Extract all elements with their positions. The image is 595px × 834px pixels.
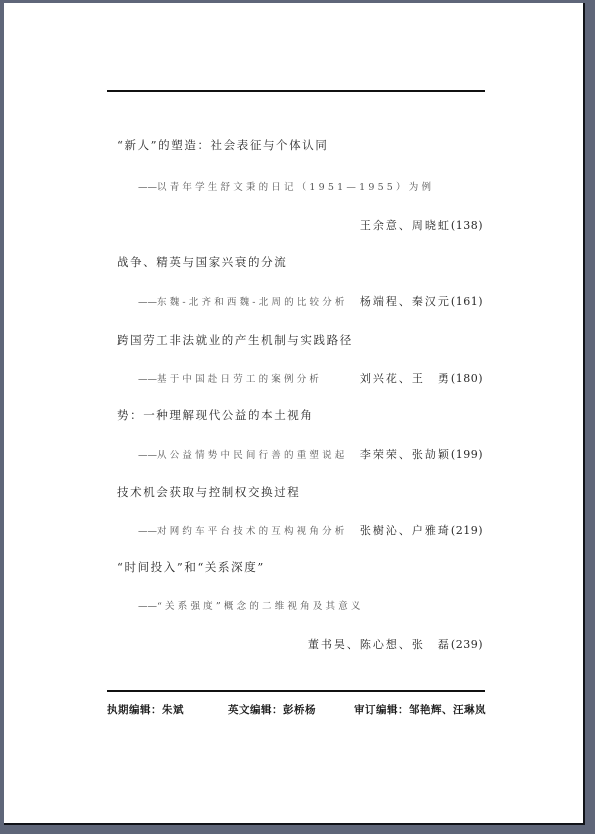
document-page: “新人”的塑造：社会表征与个体认同 ——以青年学生舒文秉的日记（1951—195… <box>4 3 585 825</box>
toc-entry-subtitle: ——基于中国赴日劳工的案例分析 <box>138 371 322 385</box>
top-rule <box>107 90 485 92</box>
toc-entry-subtitle: ——“关系强度”概念的二维视角及其意义 <box>138 598 364 612</box>
toc-entry-title: “新人”的塑造：社会表征与个体认同 <box>117 137 328 153</box>
executive-editor-credit: 执期编辑：朱斌 <box>107 702 184 717</box>
toc-entry-subtitle: ——以青年学生舒文秉的日记（1951—1955）为例 <box>138 179 434 193</box>
em-dash: —— <box>138 297 157 308</box>
page-number: (138) <box>451 219 483 232</box>
bottom-rule <box>107 690 485 692</box>
page-number: (199) <box>451 448 483 461</box>
em-dash: —— <box>138 182 157 193</box>
em-dash: —— <box>138 601 157 612</box>
em-dash: —— <box>138 526 157 537</box>
page-number: (219) <box>451 524 483 537</box>
toc-entry-author: 张樹沁、户雅琦(219) <box>360 522 483 538</box>
toc-entry-title: 势：一种理解现代公益的本土视角 <box>117 407 314 423</box>
toc-entry-subtitle: ——对网约车平台技术的互构视角分析 <box>138 523 348 537</box>
page-number: (180) <box>451 372 483 385</box>
english-editor-credit: 英文编辑：彭桥杨 <box>228 702 316 717</box>
toc-entry-author: 刘兴花、王 勇(180) <box>360 370 483 386</box>
toc-entry-author: 李荣荣、张劼颖(199) <box>360 446 483 462</box>
toc-entry-author: 董书昊、陈心想、张 磊(239) <box>308 636 483 652</box>
toc-entry-subtitle: ——从公益情势中民间行善的重塑说起 <box>138 447 348 461</box>
em-dash: —— <box>138 450 157 461</box>
toc-entry-subtitle: ——东魏-北齐和西魏-北周的比较分析 <box>138 294 348 308</box>
page-number: (161) <box>451 295 483 308</box>
toc-entry-title: 技术机会获取与控制权交换过程 <box>117 484 300 500</box>
em-dash: —— <box>138 374 157 385</box>
toc-entry-author: 杨端程、秦汉元(161) <box>360 293 483 309</box>
page-number: (239) <box>451 638 483 651</box>
viewer-frame: “新人”的塑造：社会表征与个体认同 ——以青年学生舒文秉的日记（1951—195… <box>0 0 595 834</box>
review-editor-credit: 审订编辑：邹艳辉、汪琳岚 <box>354 702 486 717</box>
toc-entry-title: “时间投入”和“关系深度” <box>117 559 265 575</box>
toc-entry-title: 战争、精英与国家兴衰的分流 <box>117 254 287 270</box>
toc-entry-title: 跨国劳工非法就业的产生机制与实践路径 <box>117 332 353 348</box>
toc-entry-author: 王余意、周晓虹(138) <box>360 217 483 233</box>
